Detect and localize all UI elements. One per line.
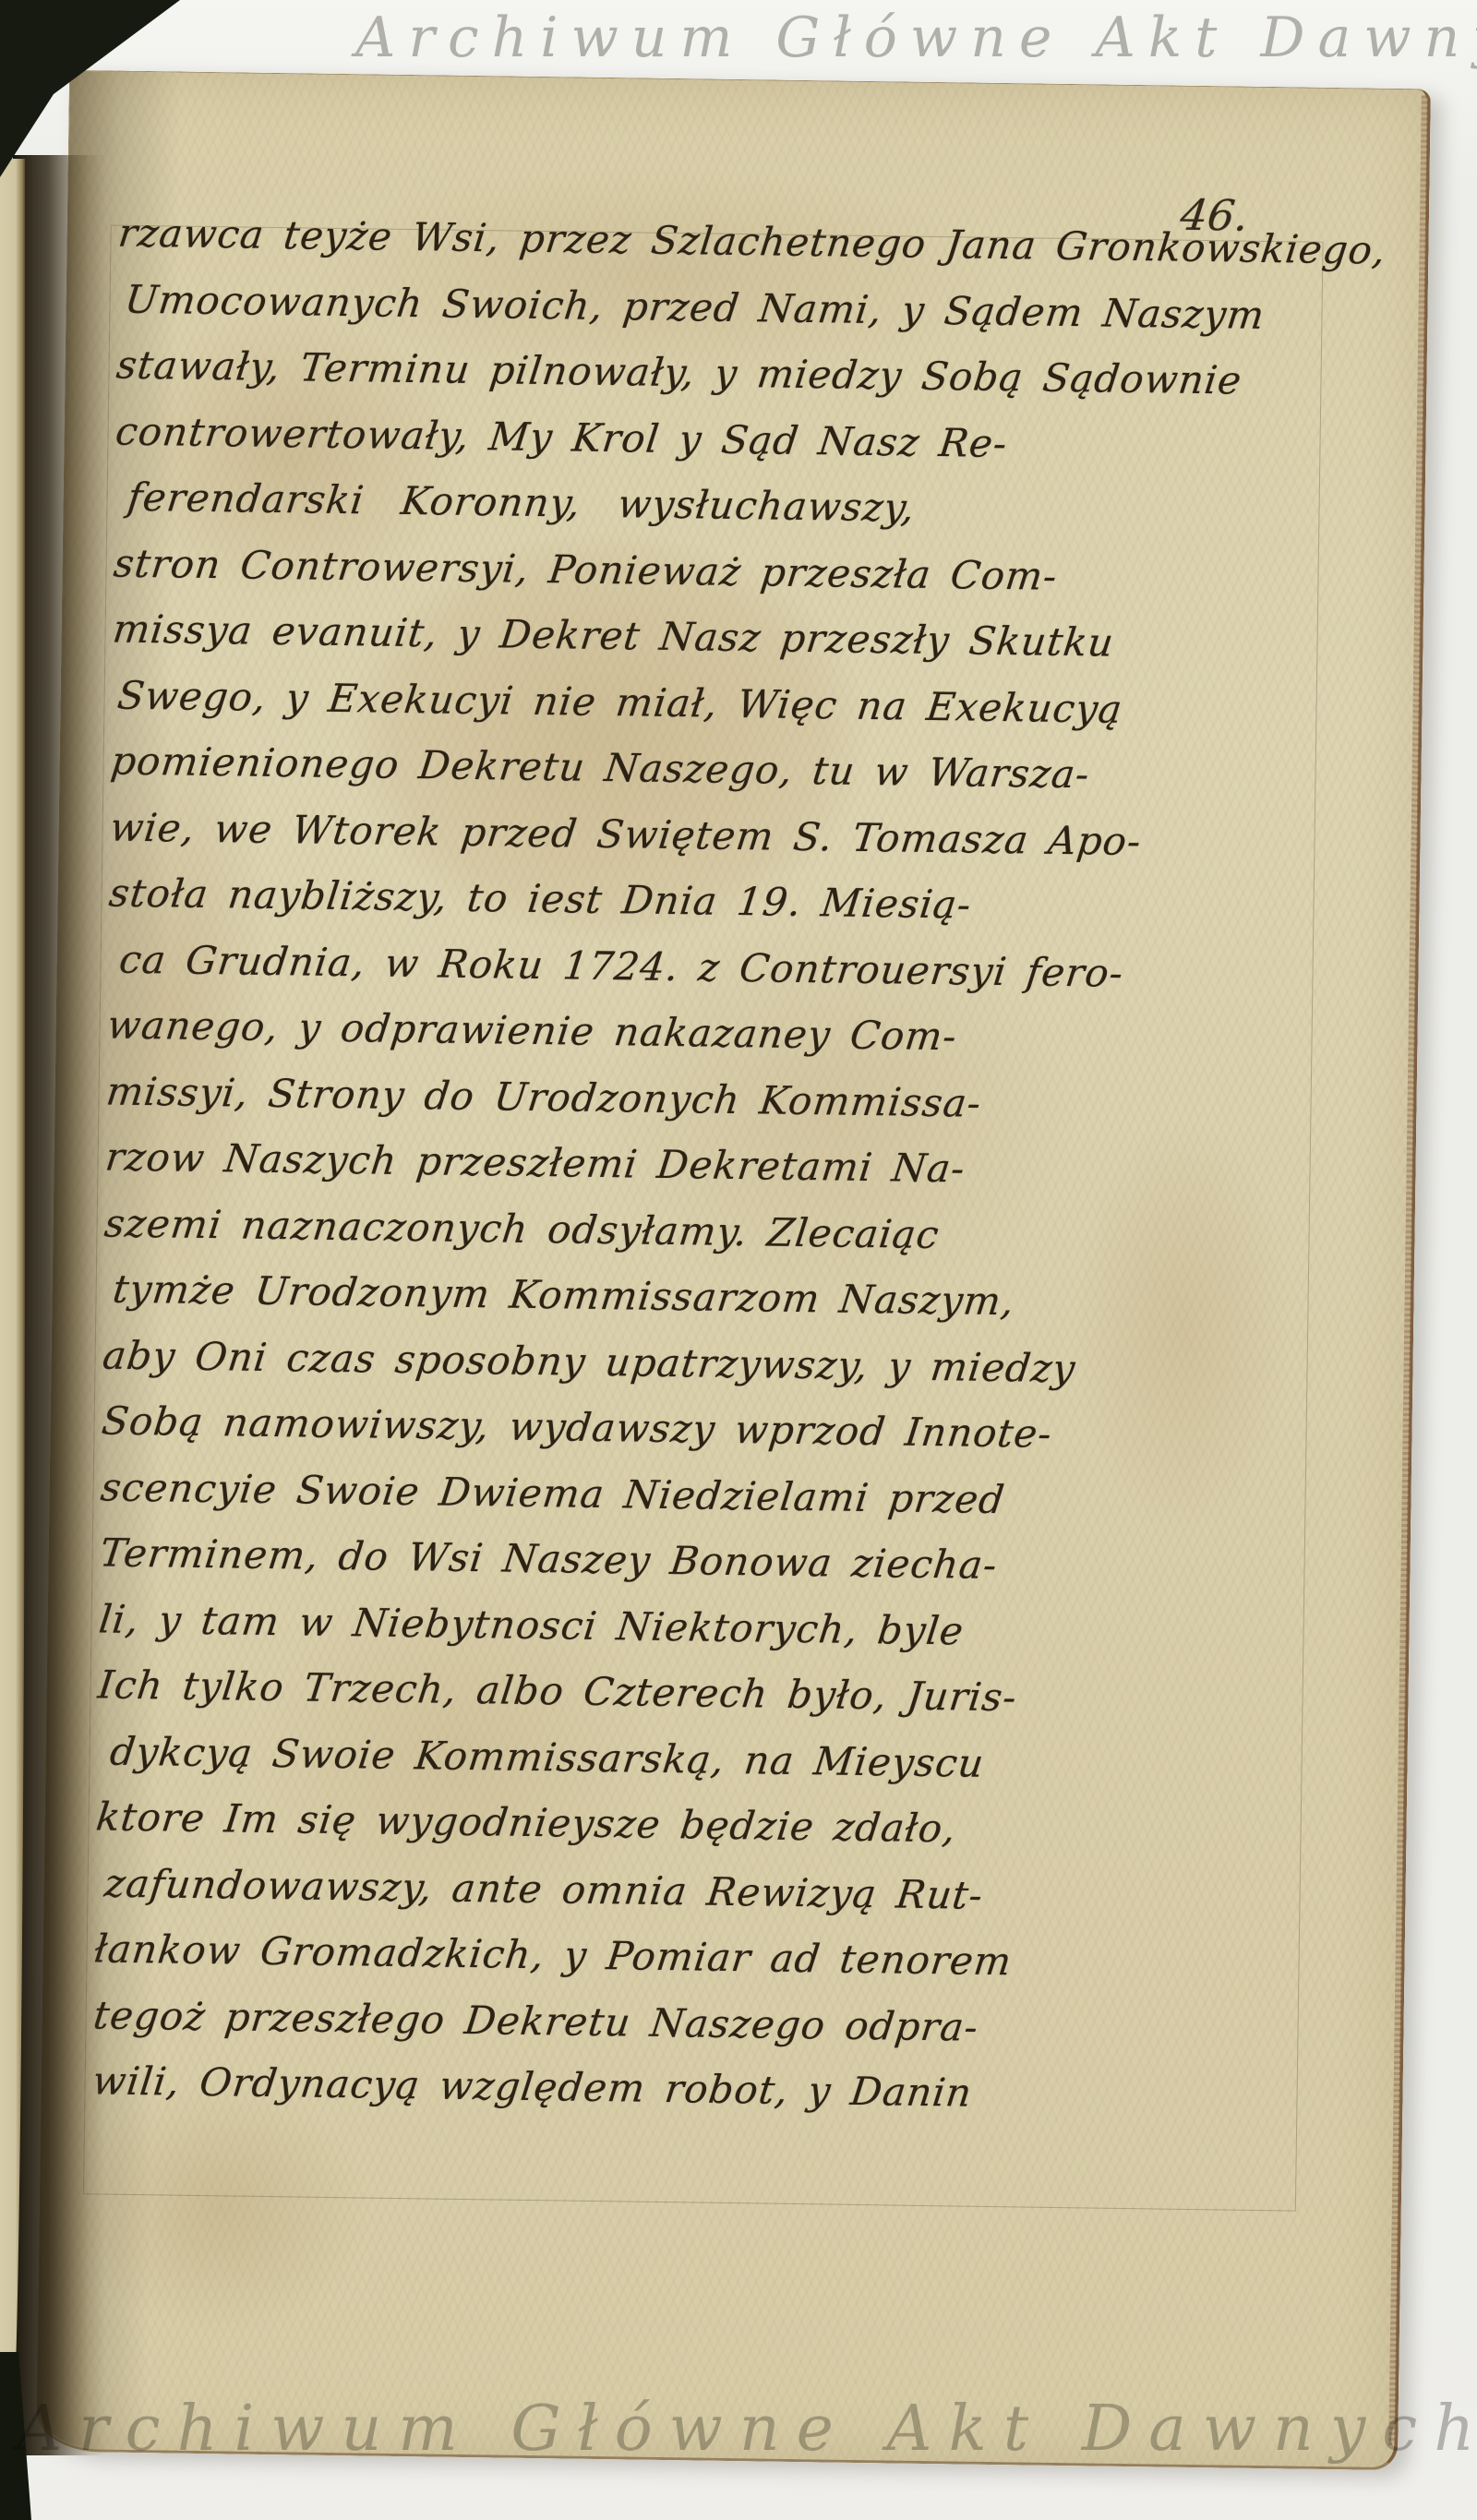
manuscript-text-block: rzawca teyże Wsi, przez Szlachetnego Jan…	[88, 210, 1351, 2142]
book-gutter-shadow	[13, 155, 105, 2455]
archive-watermark-top: Archiwum Główne Akt Dawnych	[355, 6, 1477, 70]
manuscript-page: 46. rzawca teyże Wsi, przez Szlachetnego…	[36, 70, 1431, 2470]
